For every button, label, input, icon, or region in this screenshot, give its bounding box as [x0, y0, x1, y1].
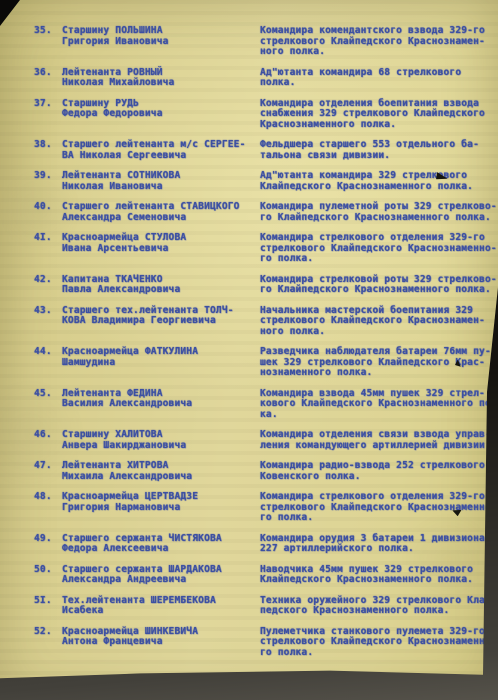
award-entry: 44. Красноармейца ФАТКУЛИНАШамшудина Раз…: [34, 347, 492, 379]
award-entry: 45. Лейтенанта ФЕДИНАВасилия Александров…: [34, 389, 492, 421]
recipient-position: Начальника мастерской боепитания 329стре…: [260, 306, 486, 338]
recipient-name: Красноармейца ШИНКЕВИЧААнтона Францевича: [62, 627, 260, 659]
name-line: Григория Ивановича: [62, 37, 260, 48]
name-line: Старшину ПОЛЬШИНА: [62, 26, 260, 37]
name-line: Старшего лейтенанта СТАВИЦКОГО: [62, 202, 260, 213]
entry-number: 49.: [34, 534, 62, 555]
name-line: Лейтенанта ХИТРОВА: [62, 461, 260, 472]
award-entry: 52. Красноармейца ШИНКЕВИЧААнтона Франце…: [34, 627, 492, 659]
position-line: ного полка.: [260, 47, 486, 58]
award-entry: 47. Лейтенанта ХИТРОВАМихаила Александро…: [34, 461, 492, 482]
award-list: 35. Старшину ПОЛЬШИНАГригория Ивановича …: [0, 0, 498, 668]
position-line: Командира пулеметной роты 329 стрелково-: [260, 202, 486, 213]
position-line: стрелкового Клайпедского Краснознамен-: [260, 316, 486, 327]
recipient-name: Лейтенанта ФЕДИНАВасилия Александровича: [62, 389, 260, 421]
entry-number: 37.: [34, 99, 62, 131]
award-entry: 40. Старшего лейтенанта СТАВИЦКОГОАлекса…: [34, 202, 492, 223]
position-line: Командира радио-взвода 252 стрелкового: [260, 461, 486, 472]
entry-number: 35.: [34, 26, 62, 58]
name-line: Шамшудина: [62, 358, 260, 369]
award-entry: 48. Красноармейца ЦЕРТВАДЗЕГригория Нарм…: [34, 492, 492, 524]
award-entry: 39. Лейтенанта СОТНИКОВАНиколая Иванович…: [34, 171, 492, 192]
award-entry: 38. Старшего лейтенанта м/с СЕРГЕЕ-ВА Ни…: [34, 140, 492, 161]
position-line: 227 артиллерийского полка.: [260, 544, 486, 555]
position-line: го полка.: [260, 254, 486, 265]
position-line: го полка.: [260, 648, 486, 659]
recipient-position: Командира стрелковой роты 329 стрелково-…: [260, 275, 486, 296]
recipient-name: Красноармейца ФАТКУЛИНАШамшудина: [62, 347, 260, 379]
award-entry: 37. Старшину РУДЬФедора Федоровича Коман…: [34, 99, 492, 131]
recipient-name: Красноармейца СТУЛОВАИвана Арсентьевича: [62, 233, 260, 265]
position-line: Командира отделения связи взвода управ-: [260, 430, 486, 441]
name-line: Василия Александровича: [62, 399, 260, 410]
award-entry: 5I. Тех.лейтенанта ШЕРЕМБЕКОВАИсабека Те…: [34, 596, 492, 617]
entry-number: 45.: [34, 389, 62, 421]
recipient-position: Наводчика 45мм пушек 329 стрелковогоКлай…: [260, 565, 486, 586]
recipient-position: Ад"ютанта командира 329 стрелковогоКлайп…: [260, 171, 486, 192]
name-line: Красноармейца СТУЛОВА: [62, 233, 260, 244]
name-line: Исабека: [62, 606, 260, 617]
recipient-position: Техника оружейного 329 стрелкового Клай-…: [260, 596, 486, 617]
recipient-name: Красноармейца ЦЕРТВАДЗЕГригория Нарманов…: [62, 492, 260, 524]
recipient-position: Командира пулеметной роты 329 стрелково-…: [260, 202, 486, 223]
entry-number: 44.: [34, 347, 62, 379]
position-line: педского Краснознаменного полка.: [260, 606, 486, 617]
name-line: Федора Алексеевича: [62, 544, 260, 555]
recipient-name: Старшину ХАЛИТОВААнвера Шакирджановича: [62, 430, 260, 451]
award-entry: 43. Старшего тех.лейтенанта ТОЛЧ-КОВА Вл…: [34, 306, 492, 338]
position-line: стрелкового Клайпедского Краснознаменно-: [260, 637, 486, 648]
position-line: Ковенского полка.: [260, 472, 486, 483]
recipient-position: Фельдшера старшего 553 отдельного ба-тал…: [260, 140, 486, 161]
recipient-position: Командира отделения связи взвода управ-л…: [260, 430, 486, 451]
name-line: Александра Семеновича: [62, 213, 260, 224]
name-line: Ивана Арсентьевича: [62, 244, 260, 255]
award-entry: 36. Лейтенанта РОВНЫЙНиколая Михайловича…: [34, 68, 492, 89]
recipient-name: Старшего лейтенанта м/с СЕРГЕЕ-ВА Никола…: [62, 140, 260, 161]
position-line: ления командующего артиллерией дивизии.: [260, 441, 486, 452]
name-line: Анвера Шакирджановича: [62, 441, 260, 452]
position-line: кового Клайпедского Краснознаменного пол…: [260, 399, 486, 410]
recipient-position: Командира стрелкового отделения 329-гост…: [260, 233, 486, 265]
recipient-name: Старшего тех.лейтенанта ТОЛЧ-КОВА Владим…: [62, 306, 260, 338]
entry-number: 50.: [34, 565, 62, 586]
position-line: Краснознаменного полка.: [260, 120, 486, 131]
award-entry: 4I. Красноармейца СТУЛОВАИвана Арсентьев…: [34, 233, 492, 265]
recipient-name: Лейтенанта СОТНИКОВАНиколая Ивановича: [62, 171, 260, 192]
recipient-position: Командира комендантского взвода 329-гост…: [260, 26, 486, 58]
position-line: го Клайпедского Краснознаменного полка.: [260, 213, 486, 224]
entry-number: 39.: [34, 171, 62, 192]
position-line: ного полка.: [260, 327, 486, 338]
document-page: 35. Старшину ПОЛЬШИНАГригория Ивановича …: [0, 0, 498, 700]
position-line: полка.: [260, 78, 486, 89]
position-line: снабжения 329 стрелкового Клайпедского: [260, 109, 486, 120]
position-line: Клайпедского Краснознаменного полка.: [260, 575, 486, 586]
entry-number: 36.: [34, 68, 62, 89]
name-line: Старшего лейтенанта м/с СЕРГЕЕ-: [62, 140, 260, 151]
position-line: Фельдшера старшего 553 отдельного ба-: [260, 140, 486, 151]
name-line: Павла Александровича: [62, 285, 260, 296]
position-line: Командира комендантского взвода 329-го: [260, 26, 486, 37]
entry-number: 5I.: [34, 596, 62, 617]
entry-number: 47.: [34, 461, 62, 482]
entry-number: 43.: [34, 306, 62, 338]
position-line: го Клайпедского Краснознаменного полка.: [260, 285, 486, 296]
entry-number: 52.: [34, 627, 62, 659]
position-line: тальона связи дивизии.: [260, 151, 486, 162]
award-entry: 46. Старшину ХАЛИТОВААнвера Шакирджанови…: [34, 430, 492, 451]
recipient-position: Разведчика наблюдателя батареи 76мм пу-ш…: [260, 347, 486, 379]
recipient-name: Капитана ТКАЧЕНКОПавла Александровича: [62, 275, 260, 296]
position-line: Ад"ютанта командира 329 стрелкового: [260, 171, 486, 182]
name-line: Николая Ивановича: [62, 182, 260, 193]
recipient-name: Лейтенанта ХИТРОВАМихаила Александровича: [62, 461, 260, 482]
award-entry: 35. Старшину ПОЛЬШИНАГригория Ивановича …: [34, 26, 492, 58]
position-line: Командира стрелкового отделения 329-го: [260, 233, 486, 244]
recipient-name: Старшего сержанта ШАРДАКОВААлександра Ан…: [62, 565, 260, 586]
entry-number: 48.: [34, 492, 62, 524]
entry-number: 40.: [34, 202, 62, 223]
recipient-name: Тех.лейтенанта ШЕРЕМБЕКОВАИсабека: [62, 596, 260, 617]
position-line: нознаменного полка.: [260, 368, 486, 379]
entry-number: 38.: [34, 140, 62, 161]
award-entry: 42. Капитана ТКАЧЕНКОПавла Александрович…: [34, 275, 492, 296]
position-line: ка.: [260, 410, 486, 421]
recipient-name: Старшего лейтенанта СТАВИЦКОГОАлександра…: [62, 202, 260, 223]
entry-number: 42.: [34, 275, 62, 296]
position-line: Разведчика наблюдателя батареи 76мм пу-: [260, 347, 486, 358]
position-line: Командира стрелкового отделения 329-го: [260, 492, 486, 503]
recipient-name: Лейтенанта РОВНЫЙНиколая Михайловича: [62, 68, 260, 89]
recipient-name: Старшину ПОЛЬШИНАГригория Ивановича: [62, 26, 260, 58]
name-line: Александра Андреевича: [62, 575, 260, 586]
recipient-position: Пулеметчика станкового пулемета 329-гост…: [260, 627, 486, 659]
recipient-position: Командира отделения боепитания взводасна…: [260, 99, 486, 131]
name-line: Красноармейца ЦЕРТВАДЗЕ: [62, 492, 260, 503]
name-line: Михаила Александровича: [62, 472, 260, 483]
award-entry: 49. Старшего сержанта ЧИСТЯКОВАФедора Ал…: [34, 534, 492, 555]
recipient-name: Старшину РУДЬФедора Федоровича: [62, 99, 260, 131]
position-line: Клайпедского Краснознаменного полка.: [260, 182, 486, 193]
award-entry: 50. Старшего сержанта ШАРДАКОВААлександр…: [34, 565, 492, 586]
name-line: Антона Францевича: [62, 637, 260, 648]
name-line: Старшину ХАЛИТОВА: [62, 430, 260, 441]
entry-number: 46.: [34, 430, 62, 451]
position-line: го полка.: [260, 513, 486, 524]
recipient-position: Командира стрелкового отделения 329-гост…: [260, 492, 486, 524]
recipient-position: Командира взвода 45мм пушек 329 стрел-ко…: [260, 389, 486, 421]
recipient-position: Ад"ютанта командира 68 стрелковогополка.: [260, 68, 486, 89]
entry-number: 4I.: [34, 233, 62, 265]
name-line: Григория Нармановича: [62, 503, 260, 514]
recipient-position: Командира орудия 3 батареи 1 дивизиона22…: [260, 534, 486, 555]
name-line: ВА Николая Сергеевича: [62, 151, 260, 162]
name-line: Федора Федоровича: [62, 109, 260, 120]
recipient-position: Командира радио-взвода 252 стрелковогоКо…: [260, 461, 486, 482]
name-line: Николая Михайловича: [62, 78, 260, 89]
name-line: Красноармейца ФАТКУЛИНА: [62, 347, 260, 358]
name-line: КОВА Владимира Георгиевича: [62, 316, 260, 327]
name-line: Лейтенанта СОТНИКОВА: [62, 171, 260, 182]
recipient-name: Старшего сержанта ЧИСТЯКОВАФедора Алексе…: [62, 534, 260, 555]
